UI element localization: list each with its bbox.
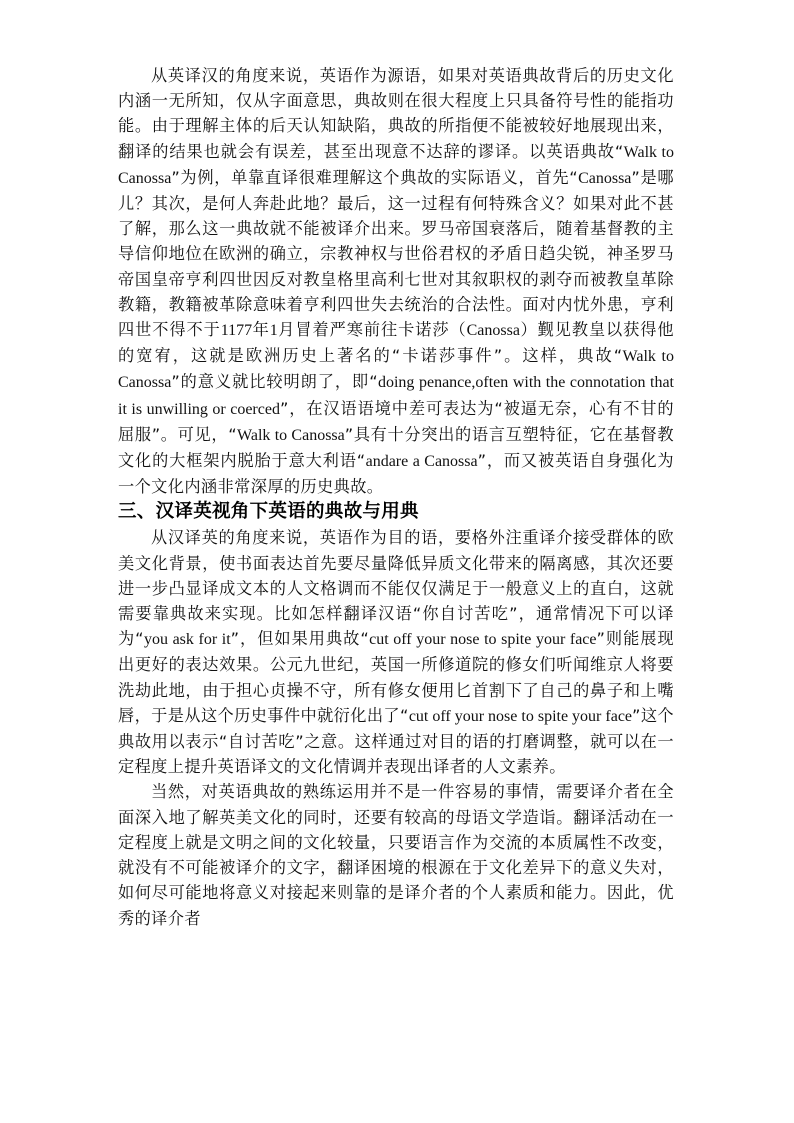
body-paragraph-walk-to-canossa: 从英译汉的角度来说，英语作为源语，如果对英语典故背后的历史文化内涵一无所知，仅从…: [118, 63, 674, 499]
section-heading: 三、汉译英视角下英语的典故与用典: [118, 499, 674, 525]
body-paragraph-translator-competence: 当然，对英语典故的熟练运用并不是一件容易的事情，需要译介者在全面深入地了解英美文…: [118, 779, 674, 930]
document-page: 从英译汉的角度来说，英语作为源语，如果对英语典故背后的历史文化内涵一无所知，仅从…: [118, 63, 674, 931]
body-paragraph-cut-off-your-nose: 从汉译英的角度来说，英语作为目的语，要格外注重译介接受群体的欧美文化背景，使书面…: [118, 525, 674, 779]
